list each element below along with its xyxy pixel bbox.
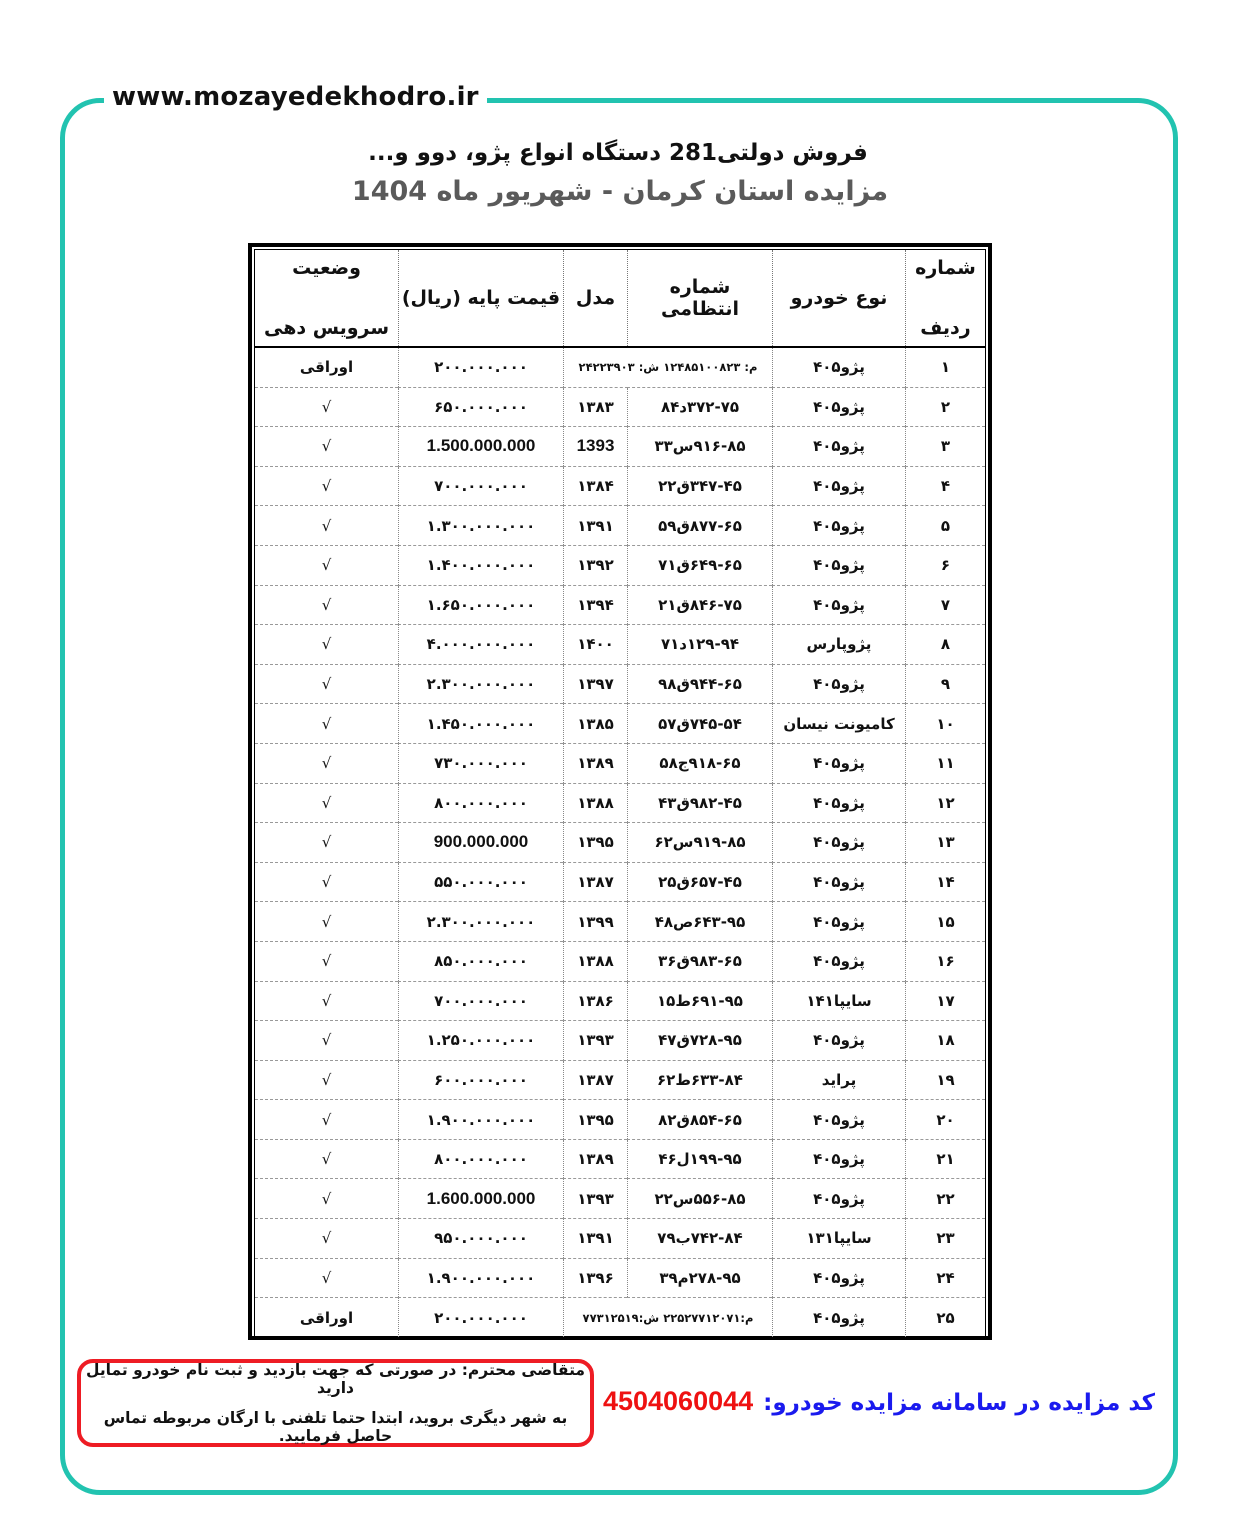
cell-model: ۱۳۹۳ (564, 1179, 628, 1219)
cell-service-status: √ (255, 1219, 399, 1259)
cell-service-status: √ (255, 545, 399, 585)
cell-service-status: √ (255, 1258, 399, 1298)
cell-service-status: √ (255, 902, 399, 942)
cell-model: ۱۳۸۳ (564, 387, 628, 427)
cell-model: ۱۳۹۳ (564, 1021, 628, 1061)
cell-row-number: ۲۴ (906, 1258, 986, 1298)
cell-plate: ۶۴۹-۶۵ق۷۱ (628, 545, 773, 585)
cell-row-number: ۱۱ (906, 743, 986, 783)
cell-service-status: √ (255, 427, 399, 467)
cell-service-status: √ (255, 743, 399, 783)
cell-service-status: √ (255, 941, 399, 981)
cell-model: ۱۳۹۷ (564, 664, 628, 704)
table-row: ۱۴پژو۴۰۵۶۵۷-۴۵ق۲۵۱۳۸۷۵۵۰.۰۰۰.۰۰۰√ (255, 862, 986, 902)
cell-vehicle-type: پراید (773, 1060, 906, 1100)
table-row: ۱۱پژو۴۰۵۹۱۸-۶۵ج۵۸۱۳۸۹۷۳۰.۰۰۰.۰۰۰√ (255, 743, 986, 783)
cell-model: ۱۳۹۵ (564, 1100, 628, 1140)
cell-plate: ۹۸۲-۴۵ق۴۳ (628, 783, 773, 823)
table-row: ۲۵پژو۴۰۵م:۲۲۵۲۷۷۱۲۰۷۱ ش:۷۷۳۱۲۵۱۹۲۰۰.۰۰۰.… (255, 1298, 986, 1338)
cell-row-number: ۵ (906, 506, 986, 546)
cell-row-number: ۲۱ (906, 1139, 986, 1179)
cell-model: ۱۳۸۶ (564, 981, 628, 1021)
cell-base-price: ۵۵۰.۰۰۰.۰۰۰ (399, 862, 564, 902)
cell-row-number: ۷ (906, 585, 986, 625)
cell-vehicle-type: پژو۴۰۵ (773, 743, 906, 783)
cell-plate: ۵۵۶-۸۵س۲۲ (628, 1179, 773, 1219)
cell-base-price: ۸۰۰.۰۰۰.۰۰۰ (399, 783, 564, 823)
table-row: ۲پژو۴۰۵۳۷۲-۷۵د۸۴۱۳۸۳۶۵۰.۰۰۰.۰۰۰√ (255, 387, 986, 427)
cell-vehicle-type: پژو۴۰۵ (773, 1258, 906, 1298)
page-subtitle: مزایده استان کرمان - شهریور ماه 1404 (0, 176, 1240, 207)
cell-plate: م:۲۲۵۲۷۷۱۲۰۷۱ ش:۷۷۳۱۲۵۱۹ (564, 1298, 773, 1338)
cell-row-number: ۱۷ (906, 981, 986, 1021)
cell-row-number: ۸ (906, 625, 986, 665)
table-header-row: شماره ردیف نوع خودرو شماره انتظامی مدل ق… (255, 250, 986, 348)
auction-code-label: کد مزایده در سامانه مزایده خودرو: (763, 1390, 1155, 1416)
cell-model: ۱۳۸۹ (564, 1139, 628, 1179)
cell-model: ۱۳۹۱ (564, 1219, 628, 1259)
cell-service-status: اوراقی (255, 347, 399, 387)
cell-row-number: ۲۰ (906, 1100, 986, 1140)
cell-vehicle-type: پژو۴۰۵ (773, 1100, 906, 1140)
header-model: مدل (564, 250, 628, 348)
table-row: ۶پژو۴۰۵۶۴۹-۶۵ق۷۱۱۳۹۲۱.۴۰۰.۰۰۰.۰۰۰√ (255, 545, 986, 585)
cell-vehicle-type: پژو۴۰۵ (773, 585, 906, 625)
table-row: ۲۱پژو۴۰۵۱۹۹-۹۵ل۴۶۱۳۸۹۸۰۰.۰۰۰.۰۰۰√ (255, 1139, 986, 1179)
cell-plate: ۹۱۶-۸۵س۳۳ (628, 427, 773, 467)
cell-vehicle-type: سایپا۱۴۱ (773, 981, 906, 1021)
cell-base-price: ۲.۳۰۰.۰۰۰.۰۰۰ (399, 902, 564, 942)
cell-row-number: ۲۵ (906, 1298, 986, 1338)
cell-service-status: √ (255, 704, 399, 744)
cell-base-price: ۷۰۰.۰۰۰.۰۰۰ (399, 466, 564, 506)
cell-service-status: √ (255, 862, 399, 902)
cell-row-number: ۴ (906, 466, 986, 506)
cell-model: ۱۳۹۱ (564, 506, 628, 546)
cell-vehicle-type: کامیونت نیسان (773, 704, 906, 744)
cell-plate: ۸۴۶-۷۵ق۲۱ (628, 585, 773, 625)
cell-model: ۱۳۸۸ (564, 941, 628, 981)
notice-line-2: به شهر دیگری بروید، ابتدا حتما تلفنی با … (81, 1409, 590, 1445)
cell-plate: ۶۹۱-۹۵ط۱۵ (628, 981, 773, 1021)
cell-base-price: 1.600.000.000 (399, 1179, 564, 1219)
cell-base-price: 900.000.000 (399, 823, 564, 863)
auction-code-value: 4504060044 (603, 1386, 753, 1416)
cell-plate: ۸۷۷-۶۵ق۵۹ (628, 506, 773, 546)
cell-row-number: ۶ (906, 545, 986, 585)
cell-vehicle-type: پژو۴۰۵ (773, 783, 906, 823)
cell-service-status: √ (255, 981, 399, 1021)
cell-plate: ۹۸۳-۶۵ق۳۶ (628, 941, 773, 981)
cell-service-status: √ (255, 664, 399, 704)
cell-vehicle-type: پژو۴۰۵ (773, 1298, 906, 1338)
cell-base-price: ۷۳۰.۰۰۰.۰۰۰ (399, 743, 564, 783)
cell-plate: ۳۴۷-۴۵ق۲۲ (628, 466, 773, 506)
table-row: ۵پژو۴۰۵۸۷۷-۶۵ق۵۹۱۳۹۱۱.۳۰۰.۰۰۰.۰۰۰√ (255, 506, 986, 546)
cell-row-number: ۱۴ (906, 862, 986, 902)
cell-base-price: ۴.۰۰۰.۰۰۰.۰۰۰ (399, 625, 564, 665)
cell-vehicle-type: پژو۴۰۵ (773, 823, 906, 863)
cell-vehicle-type: پژو۴۰۵ (773, 347, 906, 387)
auction-code: کد مزایده در سامانه مزایده خودرو:4504060… (630, 1386, 1155, 1417)
table-row: ۱۵پژو۴۰۵۶۴۳-۹۵ص۴۸۱۳۹۹۲.۳۰۰.۰۰۰.۰۰۰√ (255, 902, 986, 942)
table-row: ۱۰کامیونت نیسان۷۴۵-۵۴ق۵۷۱۳۸۵۱.۴۵۰.۰۰۰.۰۰… (255, 704, 986, 744)
cell-model: ۱۴۰۰ (564, 625, 628, 665)
cell-base-price: ۱.۴۵۰.۰۰۰.۰۰۰ (399, 704, 564, 744)
header-vehicle-type: نوع خودرو (773, 250, 906, 348)
cell-plate: ۷۴۲-۸۴ب۷۹ (628, 1219, 773, 1259)
cell-base-price: 1.500.000.000 (399, 427, 564, 467)
cell-base-price: ۶۰۰.۰۰۰.۰۰۰ (399, 1060, 564, 1100)
cell-row-number: ۱ (906, 347, 986, 387)
cell-row-number: ۹ (906, 664, 986, 704)
cell-plate: ۹۱۸-۶۵ج۵۸ (628, 743, 773, 783)
cell-vehicle-type: سایپا۱۳۱ (773, 1219, 906, 1259)
cell-service-status: √ (255, 625, 399, 665)
cell-service-status: √ (255, 1060, 399, 1100)
cell-vehicle-type: پژوپارس (773, 625, 906, 665)
table-row: ۱۲پژو۴۰۵۹۸۲-۴۵ق۴۳۱۳۸۸۸۰۰.۰۰۰.۰۰۰√ (255, 783, 986, 823)
cell-row-number: ۲۳ (906, 1219, 986, 1259)
cell-vehicle-type: پژو۴۰۵ (773, 506, 906, 546)
cell-service-status: √ (255, 1179, 399, 1219)
cell-base-price: ۲۰۰.۰۰۰.۰۰۰ (399, 1298, 564, 1338)
vehicle-table-container: شماره ردیف نوع خودرو شماره انتظامی مدل ق… (248, 243, 992, 1340)
cell-base-price: ۱.۳۰۰.۰۰۰.۰۰۰ (399, 506, 564, 546)
cell-plate: ۶۳۳-۸۴ط۶۲ (628, 1060, 773, 1100)
table-row: ۷پژو۴۰۵۸۴۶-۷۵ق۲۱۱۳۹۴۱.۶۵۰.۰۰۰.۰۰۰√ (255, 585, 986, 625)
cell-vehicle-type: پژو۴۰۵ (773, 902, 906, 942)
cell-base-price: ۱.۲۵۰.۰۰۰.۰۰۰ (399, 1021, 564, 1061)
cell-row-number: ۳ (906, 427, 986, 467)
vehicle-table-body: ۱پژو۴۰۵م: ۱۲۴۸۵۱۰۰۸۲۳ ش: ۲۴۲۲۳۹۰۳۲۰۰.۰۰۰… (255, 347, 986, 1337)
cell-base-price: ۲۰۰.۰۰۰.۰۰۰ (399, 347, 564, 387)
cell-vehicle-type: پژو۴۰۵ (773, 387, 906, 427)
cell-model: ۱۳۸۵ (564, 704, 628, 744)
header-base-price: قیمت پایه (ریال) (399, 250, 564, 348)
notice-box: متقاضی محترم: در صورتی که جهت بازدید و ث… (77, 1359, 594, 1447)
cell-vehicle-type: پژو۴۰۵ (773, 862, 906, 902)
cell-plate: ۲۷۸-۹۵م۳۹ (628, 1258, 773, 1298)
cell-plate: ۷۴۵-۵۴ق۵۷ (628, 704, 773, 744)
cell-model: 1393 (564, 427, 628, 467)
cell-model: ۱۳۹۲ (564, 545, 628, 585)
cell-model: ۱۳۹۹ (564, 902, 628, 942)
table-row: ۱پژو۴۰۵م: ۱۲۴۸۵۱۰۰۸۲۳ ش: ۲۴۲۲۳۹۰۳۲۰۰.۰۰۰… (255, 347, 986, 387)
cell-base-price: ۹۵۰.۰۰۰.۰۰۰ (399, 1219, 564, 1259)
cell-service-status: √ (255, 1100, 399, 1140)
cell-plate: ۱۲۹-۹۴د۷۱ (628, 625, 773, 665)
cell-vehicle-type: پژو۴۰۵ (773, 545, 906, 585)
table-row: ۳پژو۴۰۵۹۱۶-۸۵س۳۳13931.500.000.000√ (255, 427, 986, 467)
header-service-status: وضعیت سرویس دهی (255, 250, 399, 348)
cell-base-price: ۸۵۰.۰۰۰.۰۰۰ (399, 941, 564, 981)
cell-model: ۱۳۹۵ (564, 823, 628, 863)
cell-row-number: ۱۶ (906, 941, 986, 981)
table-row: ۴پژو۴۰۵۳۴۷-۴۵ق۲۲۱۳۸۴۷۰۰.۰۰۰.۰۰۰√ (255, 466, 986, 506)
cell-model: ۱۳۹۶ (564, 1258, 628, 1298)
cell-model: ۱۳۸۷ (564, 862, 628, 902)
table-row: ۲۳سایپا۱۳۱۷۴۲-۸۴ب۷۹۱۳۹۱۹۵۰.۰۰۰.۰۰۰√ (255, 1219, 986, 1259)
vehicle-table: شماره ردیف نوع خودرو شماره انتظامی مدل ق… (254, 249, 986, 1338)
cell-row-number: ۱۲ (906, 783, 986, 823)
cell-service-status: √ (255, 1021, 399, 1061)
table-row: ۹پژو۴۰۵۹۴۴-۶۵ق۹۸۱۳۹۷۲.۳۰۰.۰۰۰.۰۰۰√ (255, 664, 986, 704)
cell-service-status: √ (255, 1139, 399, 1179)
cell-vehicle-type: پژو۴۰۵ (773, 466, 906, 506)
table-row: ۱۳پژو۴۰۵۹۱۹-۸۵س۶۲۱۳۹۵900.000.000√ (255, 823, 986, 863)
cell-base-price: ۸۰۰.۰۰۰.۰۰۰ (399, 1139, 564, 1179)
cell-vehicle-type: پژو۴۰۵ (773, 1021, 906, 1061)
cell-service-status: √ (255, 387, 399, 427)
table-row: ۲۴پژو۴۰۵۲۷۸-۹۵م۳۹۱۳۹۶۱.۹۰۰.۰۰۰.۰۰۰√ (255, 1258, 986, 1298)
cell-plate: ۳۷۲-۷۵د۸۴ (628, 387, 773, 427)
cell-model: ۱۳۸۴ (564, 466, 628, 506)
cell-plate: م: ۱۲۴۸۵۱۰۰۸۲۳ ش: ۲۴۲۲۳۹۰۳ (564, 347, 773, 387)
cell-row-number: ۱۹ (906, 1060, 986, 1100)
cell-service-status: √ (255, 783, 399, 823)
cell-service-status: اوراقی (255, 1298, 399, 1338)
notice-line-1: متقاضی محترم: در صورتی که جهت بازدید و ث… (81, 1361, 590, 1397)
cell-base-price: ۱.۶۵۰.۰۰۰.۰۰۰ (399, 585, 564, 625)
cell-base-price: ۷۰۰.۰۰۰.۰۰۰ (399, 981, 564, 1021)
cell-base-price: ۱.۹۰۰.۰۰۰.۰۰۰ (399, 1100, 564, 1140)
cell-vehicle-type: پژو۴۰۵ (773, 1139, 906, 1179)
cell-vehicle-type: پژو۴۰۵ (773, 427, 906, 467)
cell-model: ۱۳۸۸ (564, 783, 628, 823)
cell-plate: ۶۴۳-۹۵ص۴۸ (628, 902, 773, 942)
cell-base-price: ۱.۹۰۰.۰۰۰.۰۰۰ (399, 1258, 564, 1298)
cell-plate: ۶۵۷-۴۵ق۲۵ (628, 862, 773, 902)
table-row: ۲۰پژو۴۰۵۸۵۴-۶۵ق۸۲۱۳۹۵۱.۹۰۰.۰۰۰.۰۰۰√ (255, 1100, 986, 1140)
header-row-number: شماره ردیف (906, 250, 986, 348)
cell-plate: ۷۲۸-۹۵ق۴۷ (628, 1021, 773, 1061)
table-row: ۱۷سایپا۱۴۱۶۹۱-۹۵ط۱۵۱۳۸۶۷۰۰.۰۰۰.۰۰۰√ (255, 981, 986, 1021)
cell-vehicle-type: پژو۴۰۵ (773, 664, 906, 704)
cell-vehicle-type: پژو۴۰۵ (773, 1179, 906, 1219)
cell-service-status: √ (255, 466, 399, 506)
header-plate: شماره انتظامی (628, 250, 773, 348)
cell-model: ۱۳۹۴ (564, 585, 628, 625)
cell-row-number: ۲۲ (906, 1179, 986, 1219)
cell-base-price: ۲.۳۰۰.۰۰۰.۰۰۰ (399, 664, 564, 704)
cell-service-status: √ (255, 506, 399, 546)
site-url[interactable]: www.mozayedekhodro.ir (104, 80, 487, 114)
cell-plate: ۹۴۴-۶۵ق۹۸ (628, 664, 773, 704)
page-title: فروش دولتی281 دستگاه انواع پژو، دوو و... (0, 140, 1240, 166)
cell-plate: ۸۵۴-۶۵ق۸۲ (628, 1100, 773, 1140)
cell-plate: ۹۱۹-۸۵س۶۲ (628, 823, 773, 863)
cell-row-number: ۱۳ (906, 823, 986, 863)
table-row: ۱۹پراید۶۳۳-۸۴ط۶۲۱۳۸۷۶۰۰.۰۰۰.۰۰۰√ (255, 1060, 986, 1100)
cell-service-status: √ (255, 585, 399, 625)
cell-plate: ۱۹۹-۹۵ل۴۶ (628, 1139, 773, 1179)
cell-row-number: ۱۵ (906, 902, 986, 942)
table-row: ۱۶پژو۴۰۵۹۸۳-۶۵ق۳۶۱۳۸۸۸۵۰.۰۰۰.۰۰۰√ (255, 941, 986, 981)
cell-service-status: √ (255, 823, 399, 863)
table-row: ۸پژوپارس۱۲۹-۹۴د۷۱۱۴۰۰۴.۰۰۰.۰۰۰.۰۰۰√ (255, 625, 986, 665)
cell-vehicle-type: پژو۴۰۵ (773, 941, 906, 981)
cell-base-price: ۱.۴۰۰.۰۰۰.۰۰۰ (399, 545, 564, 585)
table-row: ۲۲پژو۴۰۵۵۵۶-۸۵س۲۲۱۳۹۳1.600.000.000√ (255, 1179, 986, 1219)
cell-model: ۱۳۸۹ (564, 743, 628, 783)
cell-row-number: ۲ (906, 387, 986, 427)
cell-row-number: ۱۰ (906, 704, 986, 744)
table-row: ۱۸پژو۴۰۵۷۲۸-۹۵ق۴۷۱۳۹۳۱.۲۵۰.۰۰۰.۰۰۰√ (255, 1021, 986, 1061)
cell-row-number: ۱۸ (906, 1021, 986, 1061)
cell-base-price: ۶۵۰.۰۰۰.۰۰۰ (399, 387, 564, 427)
cell-model: ۱۳۸۷ (564, 1060, 628, 1100)
